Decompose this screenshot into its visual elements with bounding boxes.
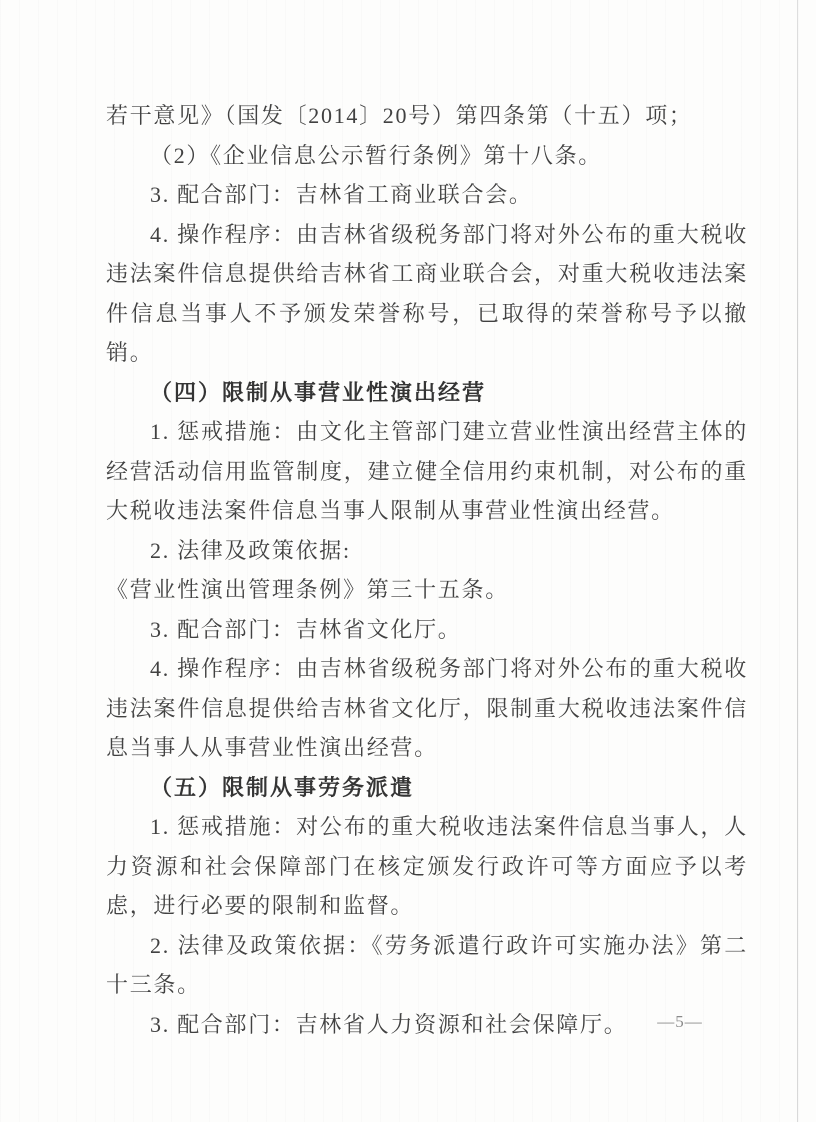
para-legal-basis-item-2: （2）《企业信息公示暂行条例》第十八条。 bbox=[106, 136, 748, 176]
para-operating-procedure-culture: 4. 操作程序：由吉林省级税务部门将对外公布的重大税收违法案件信息提供给吉林省文… bbox=[106, 649, 748, 768]
para-performance-regulation-reference: 《营业性演出管理条例》第三十五条。 bbox=[106, 570, 748, 610]
page-number: —5— bbox=[650, 1012, 710, 1032]
para-punishment-measures-labor: 1. 惩戒措施：对公布的重大税收违法案件信息当事人，人力资源和社会保障部门在核定… bbox=[106, 807, 748, 926]
document-body: 若干意见》（国发〔2014〕20号）第四条第（十五）项； （2）《企业信息公示暂… bbox=[106, 96, 748, 1044]
para-operating-procedure-honorary-titles: 4. 操作程序：由吉林省级税务部门将对外公布的重大税收违法案件信息提供给吉林省工… bbox=[106, 215, 748, 373]
para-cooperating-department-federation: 3. 配合部门：吉林省工商业联合会。 bbox=[106, 175, 748, 215]
heading-section-4-performance-business-restriction: （四）限制从事营业性演出经营 bbox=[106, 373, 748, 413]
document-page: 若干意见》（国发〔2014〕20号）第四条第（十五）项； （2）《企业信息公示暂… bbox=[0, 0, 816, 1122]
para-punishment-measures-performance: 1. 惩戒措施：由文化主管部门建立营业性演出经营主体的经营活动信用监管制度，建立… bbox=[106, 412, 748, 531]
para-legal-basis-labor-dispatch: 2. 法律及政策依据：《劳务派遣行政许可实施办法》第二十三条。 bbox=[106, 926, 748, 1005]
heading-section-5-labor-dispatch-restriction: （五）限制从事劳务派遣 bbox=[106, 768, 748, 808]
para-continuation-guofa-reference: 若干意见》（国发〔2014〕20号）第四条第（十五）项； bbox=[106, 96, 748, 136]
para-cooperating-department-culture: 3. 配合部门：吉林省文化厅。 bbox=[106, 610, 748, 650]
scan-edge-artifact bbox=[797, 0, 798, 1122]
para-legal-basis-label: 2. 法律及政策依据: bbox=[106, 531, 748, 571]
